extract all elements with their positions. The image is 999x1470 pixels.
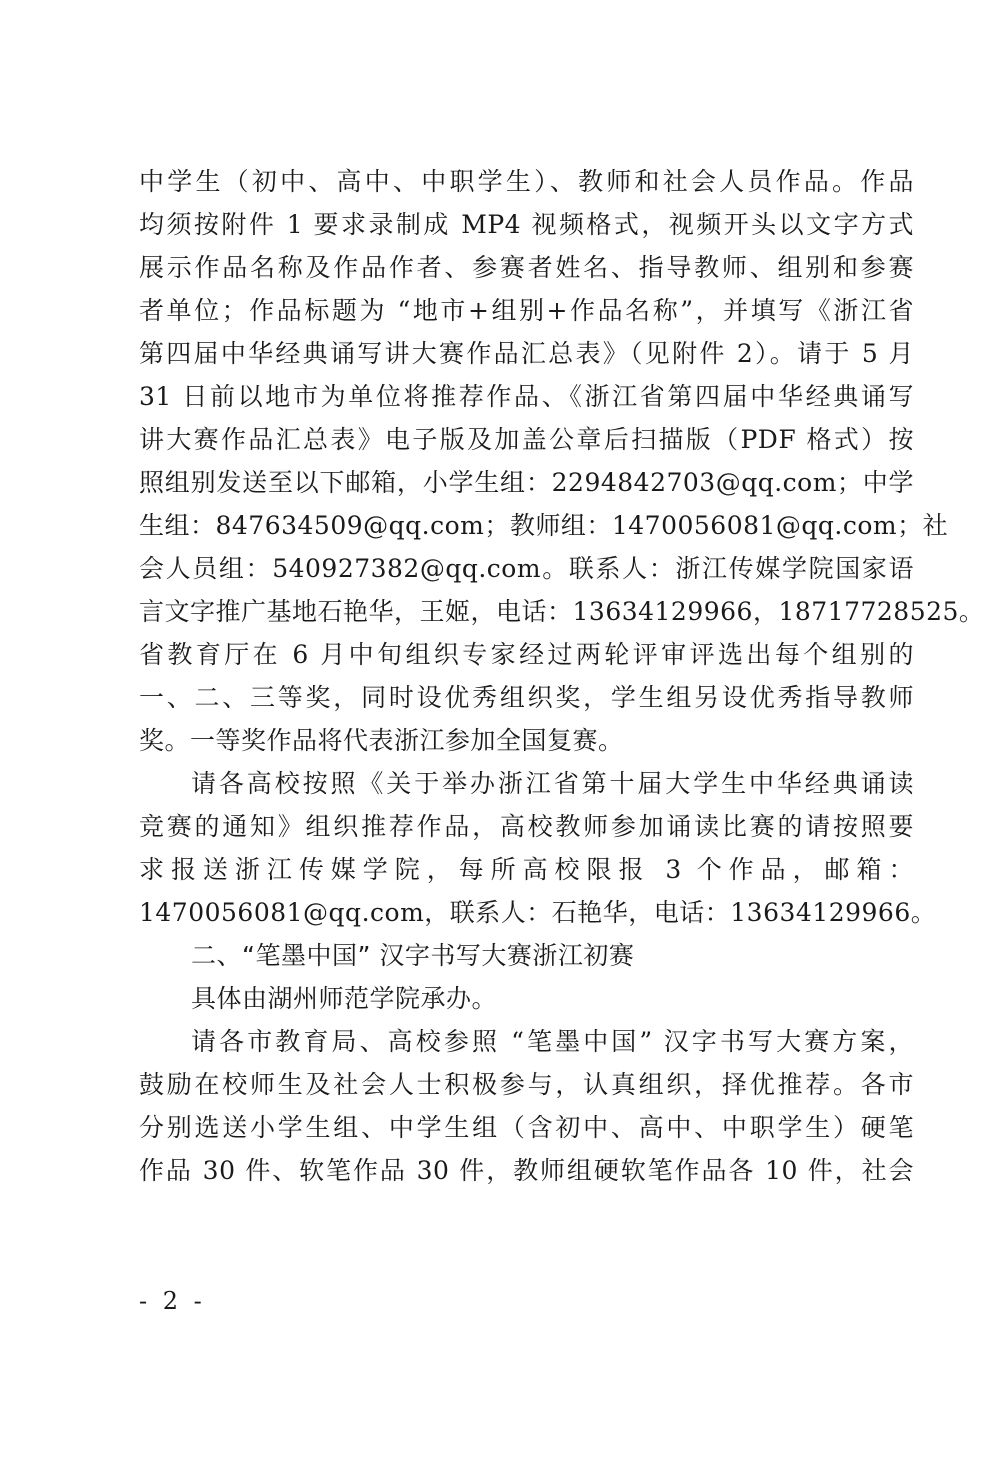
text-line: 者单位；作品标题为 “地市+组别+作品名称”，并填写《浙江省 <box>139 289 914 332</box>
text-line: 展示作品名称及作品作者、参赛者姓名、指导教师、组别和参赛 <box>139 246 914 289</box>
text-line: 请各高校按照《关于举办浙江省第十届大学生中华经典诵读 <box>139 762 914 805</box>
text-line: 具体由湖州师范学院承办。 <box>139 977 914 1020</box>
document-page: 中学生（初中、高中、中职学生）、教师和社会人员作品。作品 均须按附件 1 要求录… <box>0 0 999 1470</box>
text-line: 鼓励在校师生及社会人士积极参与，认真组织，择优推荐。各市 <box>139 1063 914 1106</box>
section-heading: 二、“笔墨中国” 汉字书写大赛浙江初赛 <box>139 934 914 977</box>
document-body: 中学生（初中、高中、中职学生）、教师和社会人员作品。作品 均须按附件 1 要求录… <box>139 160 914 1192</box>
text-line-contact: 言文字推广基地石艳华，王姬，电话：13634129966，18717728525… <box>139 590 914 633</box>
page-number: - 2 - <box>139 1286 206 1316</box>
text-line: 一、二、三等奖，同时设优秀组织奖，学生组另设优秀指导教师 <box>139 676 914 719</box>
text-line: 均须按附件 1 要求录制成 MP4 视频格式，视频开头以文字方式 <box>139 203 914 246</box>
text-line-email: 会人员组：540927382@qq.com。联系人：浙江传媒学院国家语 <box>139 547 914 590</box>
text-line: 第四届中华经典诵写讲大赛作品汇总表》（见附件 2）。请于 5 月 <box>139 332 914 375</box>
text-line: 分别选送小学生组、中学生组（含初中、高中、中职学生）硬笔 <box>139 1106 914 1149</box>
text-line: 省教育厅在 6 月中旬组织专家经过两轮评审评选出每个组别的 <box>139 633 914 676</box>
text-line: 中学生（初中、高中、中职学生）、教师和社会人员作品。作品 <box>139 160 914 203</box>
text-line: 求报送浙江传媒学院，每所高校限报 3 个作品，邮箱： <box>139 848 914 891</box>
text-line: 讲大赛作品汇总表》电子版及加盖公章后扫描版（PDF 格式）按 <box>139 418 914 461</box>
text-line: 作品 30 件、软笔作品 30 件，教师组硬软笔作品各 10 件，社会 <box>139 1149 914 1192</box>
text-line-email: 生组：847634509@qq.com；教师组：1470056081@qq.co… <box>139 504 914 547</box>
text-line: 竞赛的通知》组织推荐作品，高校教师参加诵读比赛的请按照要 <box>139 805 914 848</box>
text-line: 31 日前以地市为单位将推荐作品、《浙江省第四届中华经典诵写 <box>139 375 914 418</box>
text-line-email: 照组别发送至以下邮箱，小学生组：2294842703@qq.com；中学 <box>139 461 914 504</box>
text-line-contact: 1470056081@qq.com，联系人：石艳华，电话：13634129966… <box>139 891 914 934</box>
text-line: 奖。一等奖作品将代表浙江参加全国复赛。 <box>139 719 914 762</box>
text-line: 请各市教育局、高校参照 “笔墨中国” 汉字书写大赛方案， <box>139 1020 914 1063</box>
